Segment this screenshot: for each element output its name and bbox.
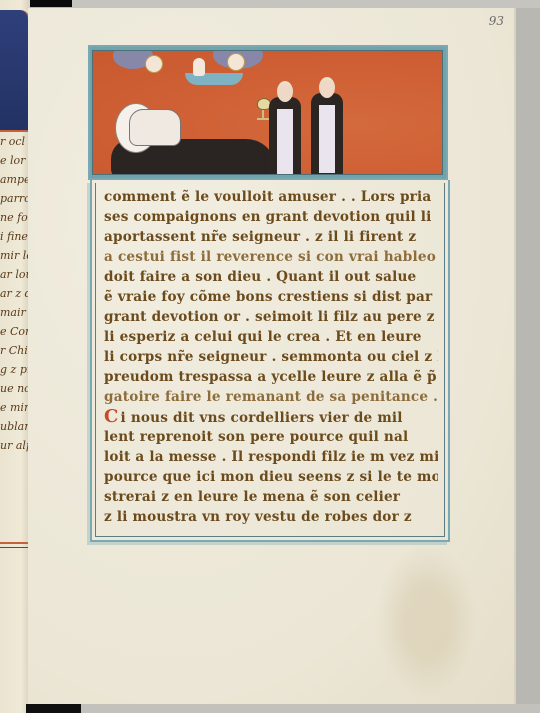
facing-line: g z pro (0, 360, 28, 379)
text-line: loit a la messe . Il respondi filz ie m … (104, 447, 438, 467)
friar-with-chalice (269, 79, 301, 175)
dying-man (129, 109, 181, 146)
facing-line: parrocle gr (0, 189, 28, 208)
text-line: comment ẽ le voulloit amuser . . Lors pr… (104, 187, 438, 207)
text-column-ruling: comment ẽ le voulloit amuser . . Lors pr… (95, 183, 445, 537)
facing-line: mir legr (0, 246, 28, 265)
text-line: strerai z en leure le mena ẽ son celier (104, 487, 438, 507)
facing-line: i fine fou (0, 227, 28, 246)
facing-line: r Chinac (0, 341, 28, 360)
text-line: ses compaignons en grant devotion quil l… (104, 207, 438, 227)
text-line: preudom trespassa a ycelle leure z alla … (104, 367, 438, 387)
facing-line: ar lour p (0, 265, 28, 284)
text-line: aportassent nr̃e seigneur . z il li fire… (104, 227, 438, 247)
text-line-rest: i nous dit vns cordelliers vier de mil (121, 410, 403, 426)
facing-line: ampe mit (0, 170, 28, 189)
text-line: grant devotion or . seimoit li filz au p… (104, 307, 438, 327)
scan-edge-black-bottom (26, 704, 81, 713)
rubric-line: Ci nous dit vns cordelliers vier de mil (104, 407, 438, 427)
facing-line: r ocl moura (0, 132, 28, 151)
text-line: lent reprenoit son pere pource quil nal (104, 427, 438, 447)
soul-figure (193, 58, 205, 76)
facing-line: e mir le (0, 398, 28, 417)
facing-line: ar z dol (0, 284, 28, 303)
text-line: z li moustra vn roy vestu de robes dor z (104, 507, 438, 527)
text-line: li corps nr̃e seigneur . semmonta ou cie… (104, 347, 438, 367)
miniature-illumination (88, 45, 448, 180)
facing-line: ublar (0, 417, 28, 436)
facing-line: ur alpor (0, 436, 28, 455)
text-line: pource que ici mon dieu seens z si le te… (104, 467, 438, 487)
text-line: a cestui fist il reverence si con vrai h… (104, 247, 438, 267)
text-line: gatoire faire le remanant de sa penitanc… (104, 387, 438, 407)
text-line: doit faire a son dieu . Quant il out sal… (104, 267, 438, 287)
folio-number: 93 (489, 14, 504, 28)
facing-page-frame-rule (0, 542, 28, 548)
facing-line: ne fours ci (0, 208, 28, 227)
miniature-painted-ground (92, 50, 443, 175)
scan-edge-black (30, 0, 72, 7)
chalice-icon (257, 98, 269, 120)
facing-page-left: r ocl moura e lor cormu ampe mit parrocl… (0, 0, 30, 713)
text-line: li esperiz a celui qui le crea . Et en l… (104, 327, 438, 347)
text-column: comment ẽ le voulloit amuser . . Lors pr… (90, 180, 450, 542)
text-line: ẽ vraie foy cõme bons crestiens si dist … (104, 287, 438, 307)
scan-background-strip-bottom (81, 704, 540, 713)
friar-standing (311, 75, 343, 175)
facing-line: e Corre re (0, 322, 28, 341)
facing-line: e lor cormu (0, 151, 28, 170)
facing-line: ue nom la (0, 379, 28, 398)
facing-page-text: r ocl moura e lor cormu ampe mit parrocl… (0, 132, 28, 542)
facing-line: mair gra (0, 303, 28, 322)
facing-page-miniature (0, 10, 30, 132)
rubric-initial: C (104, 407, 119, 427)
scan-background-strip (72, 0, 540, 8)
angel-left (145, 55, 163, 73)
angel-right (227, 53, 245, 71)
